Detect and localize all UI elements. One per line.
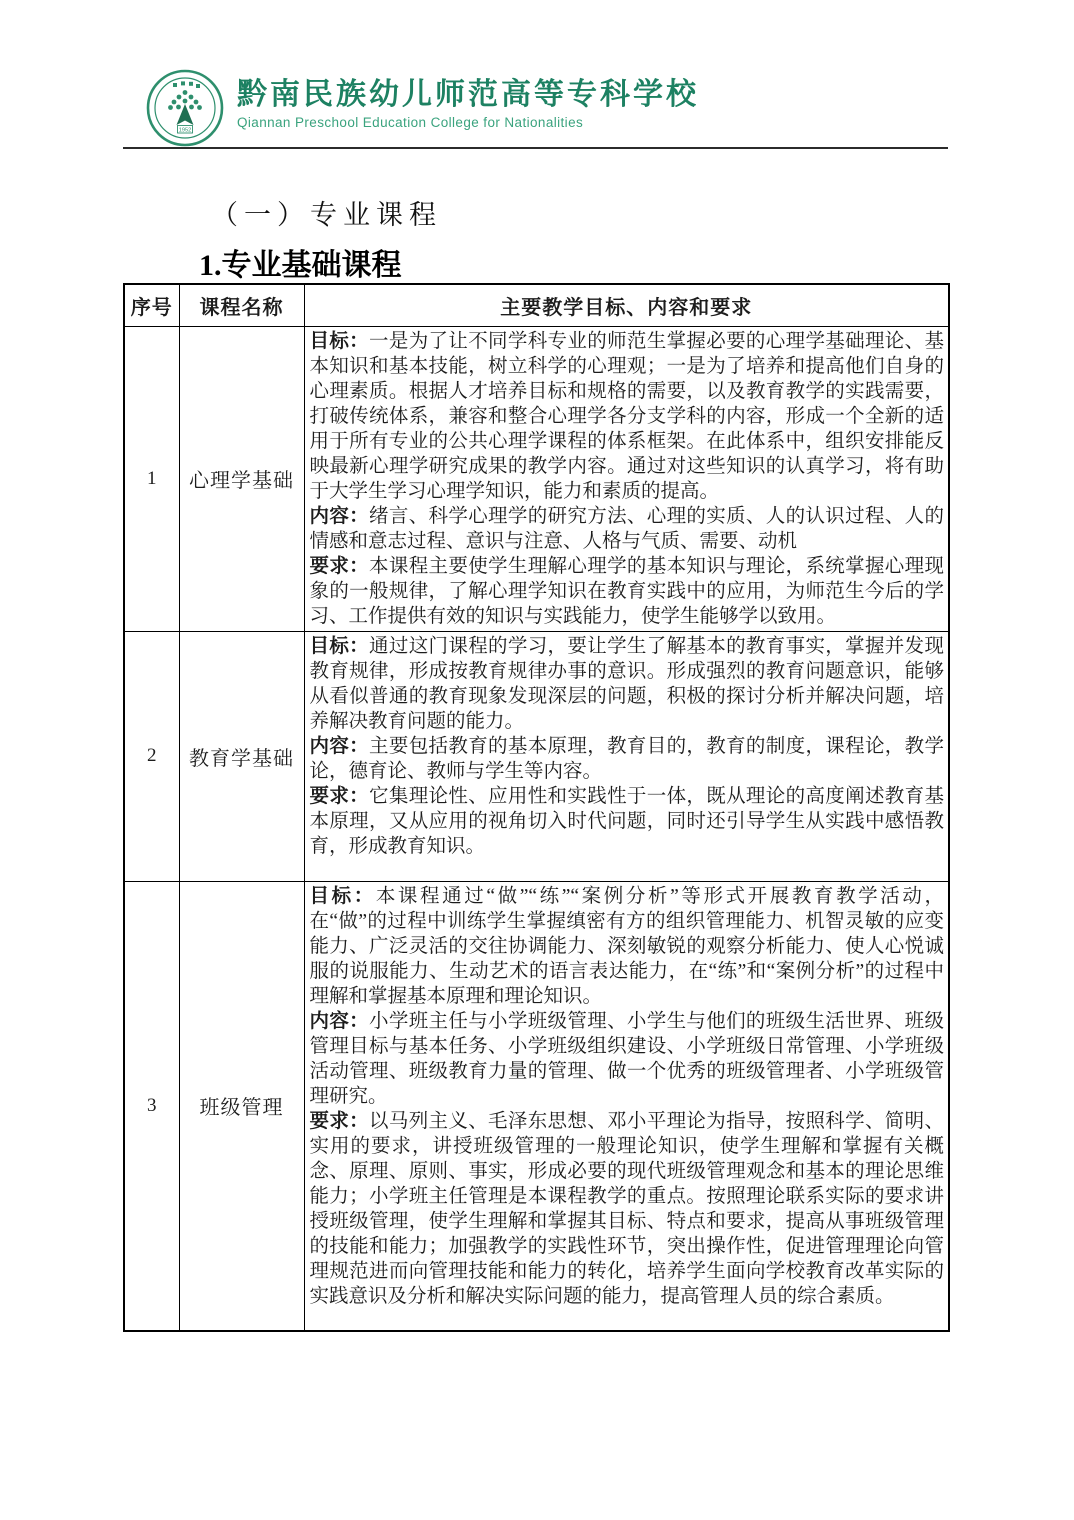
row-number-cell: 3 <box>124 881 179 1331</box>
school-seal-icon: 1952 <box>145 68 225 148</box>
table-header-row: 序号 课程名称 主要教学目标、内容和要求 <box>124 284 949 326</box>
content-paragraph: 内容：小学班主任与小学班级管理、小学生与他们的班级生活世界、班级管理目标与基本任… <box>310 1009 945 1109</box>
course-name-cell: 心理学基础 <box>179 326 304 631</box>
requirement-label: 要求： <box>310 1111 370 1132</box>
requirement-text: 以马列主义、毛泽东思想、邓小平理论为指导，按照科学、简明、 实用的要求，讲授班级… <box>310 1111 945 1307</box>
objective-text: 通过这门课程的学习，要让学生了解基本的教育事实，掌握并发现教育规律，形成按教育规… <box>310 636 945 732</box>
requirement-text: 它集理论性、应用性和实践性于一体，既从理论的高度阐述教育基本原理，又从应用的视角… <box>310 786 945 857</box>
brand-text: 黔南民族幼儿师范高等专科学校 Qiannan Preschool Educati… <box>237 68 699 130</box>
content-paragraph: 内容：主要包括教育的基本原理，教育目的，教育的制度，课程论，教学论，德育论、教师… <box>310 734 945 784</box>
requirement-text: 本课程主要使学生理解心理学的基本知识与理论，系统掌握心理现象的一般规律，了解心理… <box>310 556 945 627</box>
letterhead: 1952 黔南民族幼儿师范高等专科学校 Qiannan Preschool Ed… <box>145 68 699 148</box>
header-cell-course: 课程名称 <box>179 284 304 326</box>
content-text: 绪言、科学心理学的研究方法、心理的实质、人的认识过程、人的情感和意志过程、意识与… <box>310 506 944 552</box>
table-row: 2 教育学基础 目标：通过这门课程的学习，要让学生了解基本的教育事实，掌握并发现… <box>124 631 949 881</box>
content-text: 小学班主任与小学班级管理、小学生与他们的班级生活世界、班级管理目标与基本任务、小… <box>310 1011 945 1107</box>
seal-year-text: 1952 <box>179 127 191 133</box>
objective-paragraph: 目标：本课程通过“做”“练”“案例分析”等形式开展教育教学活动，在“做”的过程中… <box>310 884 945 1009</box>
table-row: 1 心理学基础 目标：一是为了让不同学科专业的师范生掌握必要的心理学基础理论、基… <box>124 326 949 631</box>
requirement-paragraph: 要求：本课程主要使学生理解心理学的基本知识与理论，系统掌握心理现象的一般规律，了… <box>310 554 945 629</box>
content-label: 内容： <box>310 1011 370 1032</box>
course-name-cell: 班级管理 <box>179 881 304 1331</box>
objective-paragraph: 目标：通过这门课程的学习，要让学生了解基本的教育事实，掌握并发现教育规律，形成按… <box>310 634 945 734</box>
objective-text: 本课程通过“做”“练”“案例分析”等形式开展教育教学活动，在“做”的过程中训练学… <box>310 886 945 1007</box>
section-heading: （一）专业课程 <box>211 193 442 232</box>
content-paragraph: 内容：绪言、科学心理学的研究方法、心理的实质、人的认识过程、人的情感和意志过程、… <box>310 504 945 554</box>
course-description-cell: 目标：通过这门课程的学习，要让学生了解基本的教育事实，掌握并发现教育规律，形成按… <box>304 631 949 881</box>
row-number-cell: 1 <box>124 326 179 631</box>
requirement-paragraph: 要求：它集理论性、应用性和实践性于一体，既从理论的高度阐述教育基本原理，又从应用… <box>310 784 945 859</box>
requirement-label: 要求： <box>310 556 370 577</box>
document-page: 1952 黔南民族幼儿师范高等专科学校 Qiannan Preschool Ed… <box>0 0 1074 1520</box>
objective-paragraph: 目标：一是为了让不同学科专业的师范生掌握必要的心理学基础理论、基本知识和基本技能… <box>310 329 945 504</box>
requirement-paragraph: 要求：以马列主义、毛泽东思想、邓小平理论为指导，按照科学、简明、 实用的要求，讲… <box>310 1109 945 1309</box>
objective-label: 目标： <box>310 636 370 657</box>
objective-label: 目标： <box>310 886 376 907</box>
course-description-cell: 目标：本课程通过“做”“练”“案例分析”等形式开展教育教学活动，在“做”的过程中… <box>304 881 949 1331</box>
header-cell-description: 主要教学目标、内容和要求 <box>304 284 949 326</box>
objective-label: 目标： <box>310 331 370 352</box>
content-label: 内容： <box>310 736 370 757</box>
course-description-cell: 目标：一是为了让不同学科专业的师范生掌握必要的心理学基础理论、基本知识和基本技能… <box>304 326 949 631</box>
objective-text: 一是为了让不同学科专业的师范生掌握必要的心理学基础理论、基本知识和基本技能，树立… <box>310 331 945 502</box>
table-row: 3 班级管理 目标：本课程通过“做”“练”“案例分析”等形式开展教育教学活动，在… <box>124 881 949 1331</box>
header-cell-no: 序号 <box>124 284 179 326</box>
content-text: 主要包括教育的基本原理，教育目的，教育的制度，课程论，教学论，德育论、教师与学生… <box>310 736 944 782</box>
courses-table: 序号 课程名称 主要教学目标、内容和要求 1 心理学基础 目标：一是为了让不同学… <box>123 283 950 1332</box>
header-divider <box>123 147 948 149</box>
row-number-cell: 2 <box>124 631 179 881</box>
school-name-en: Qiannan Preschool Education College for … <box>237 115 699 130</box>
subsection-heading: 1.专业基础课程 <box>199 240 402 284</box>
requirement-label: 要求： <box>310 786 370 807</box>
content-label: 内容： <box>310 506 370 527</box>
school-name-cn: 黔南民族幼儿师范高等专科学校 <box>237 78 699 112</box>
course-name-cell: 教育学基础 <box>179 631 304 881</box>
